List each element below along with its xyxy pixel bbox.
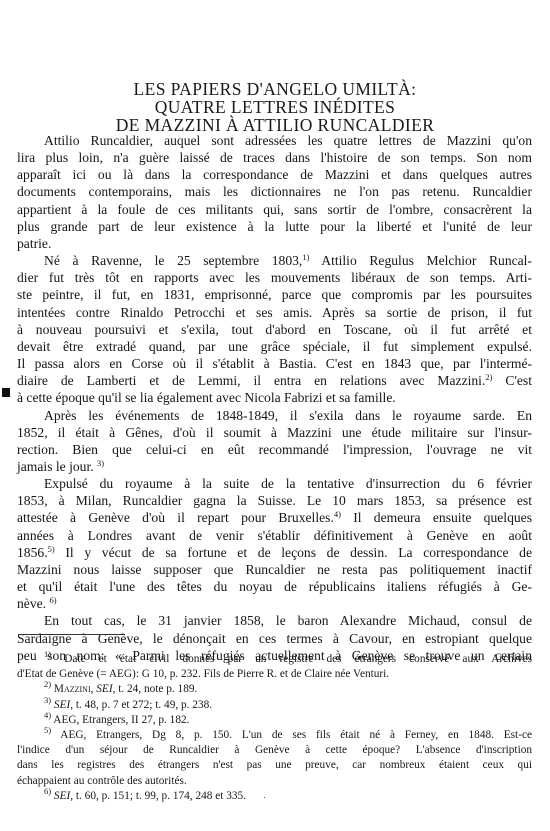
text-line: plus grande part de leur existence à la … [17,218,532,235]
text-line: intentées contre Rinaldo Petrocchi et se… [17,304,532,321]
work-title: SEI [54,790,70,802]
text-line: rection. Bien que celui-ci en eût recomm… [17,441,532,458]
text-line: Expulsé du royaume à la suite de la tent… [17,475,532,492]
title-line-2: QUATRE LETTRES INÉDITES [0,98,550,116]
article-body: Attilio Runcaldier, auquel sont adressée… [17,132,532,664]
text-line: à nouveau poursuivi et s'exila, tout d'a… [17,321,532,338]
footnote-2: 2) Mazzini, SEI, t. 24, note p. 189. [17,682,532,697]
text-line: Attilio Runcaldier, auquel sont adressée… [17,132,532,149]
text-run: nève. [17,596,46,611]
text-line: 1) Date et état civil donnés par un regi… [17,652,532,667]
text-line: ste peintre, il fut, en 1831, emprisonné… [17,286,532,303]
text-line: 3) SEI, t. 48, p. 7 et 272; t. 49, p. 23… [17,698,532,713]
footnote-number: 3) [44,695,51,705]
text-run: C'est [492,373,532,388]
footnote-separator [18,634,125,635]
author-name: Mazzini [54,683,91,695]
text-line: diaire de Lamberti et de Lemmi, il entra… [17,372,532,389]
footnote-ref-5[interactable]: 5) [48,544,55,554]
text-run: Date et état civil donnés par un registr… [51,653,532,665]
text-line: 5) AEG, Etrangers, Dg 8, p. 150. L'un de… [17,728,532,743]
text-line: dans les registres des étrangers n'est p… [17,758,532,773]
text-line: échappaient au contrôle des autorités. [17,774,532,789]
text-run: Il y vécut de sa fortune et de leçons de… [55,545,532,560]
footnote-ref-4[interactable]: 4) [334,509,341,519]
text-line: 1856.5) Il y vécut de sa fortune et de l… [17,544,532,561]
work-title: SEI [54,699,70,711]
footnote-number: 2) [44,679,51,689]
paragraph-1: Attilio Runcaldier, auquel sont adressée… [17,132,532,252]
text-line: d'Etat de Genève (= AEG): G 10, p. 232. … [17,667,532,682]
title-line-1: LES PAPIERS D'ANGELO UMILTÀ: [0,80,550,98]
text-line: appartient à la foule de ces militants q… [17,201,532,218]
text-run: , t. 24, note p. 189. [113,683,198,695]
paragraph-3: Après les événements de 1848-1849, il s'… [17,407,532,476]
text-line: 6) SEI, t. 60, p. 151; t. 99, p. 174, 24… [17,789,532,804]
footnote-1: 1) Date et état civil donnés par un regi… [17,652,532,682]
text-run: Il demeura ensuite quelques [341,510,532,525]
text-line: Après les événements de 1848-1849, il s'… [17,407,532,424]
text-line: Sardaigne à Genève, le dénonçait en ces … [17,630,532,647]
text-line: années à Londres avant de venir s'établi… [17,527,532,544]
text-line: 2) Mazzini, SEI, t. 24, note p. 189. [17,682,532,697]
text-run: diaire de Lamberti et de Lemmi, il entra… [17,373,485,388]
text-line: devait être extradé quand, par une grâce… [17,338,532,355]
text-line: 1852, il était à Gênes, d'où il soumit à… [17,424,532,441]
text-line: attestée à Genève d'où il repart pour Br… [17,509,532,526]
text-line: patrie. [17,235,532,252]
scan-speck [264,797,265,798]
text-run: 1856. [17,545,48,560]
text-line: Il passa alors en Corse où il s'établit … [17,355,532,372]
text-run: attestée à Genève d'où il repart pour Br… [17,510,334,525]
text-line: 4) AEG, Etrangers, II 27, p. 182. [17,713,532,728]
text-line: à cette époque qu'il se lia également av… [17,389,532,406]
text-line: En tout cas, le 31 janvier 1858, le baro… [17,612,532,629]
text-line: apparaît ici ou là dans la correspondanc… [17,166,532,183]
paragraph-2: Né à Ravenne, le 25 septembre 1803,1) At… [17,252,532,406]
text-line: 1853, à Milan, Runcaldier gagna la Suiss… [17,492,532,509]
text-line: lira plus loin, n'a guère laissé de trac… [17,149,532,166]
footnotes: 1) Date et état civil donnés par un regi… [17,652,532,804]
text-line: dier fut très tôt en rapports avec les m… [17,269,532,286]
footnote-4: 4) AEG, Etrangers, II 27, p. 182. [17,713,532,728]
footnote-3: 3) SEI, t. 48, p. 7 et 272; t. 49, p. 23… [17,698,532,713]
footnote-number: 6) [44,786,51,796]
text-line: Mazzini nous laisse supposer que Runcald… [17,561,532,578]
footnote-6: 6) SEI, t. 60, p. 151; t. 99, p. 174, 24… [17,789,532,804]
text-line: l'indice d'un séjour de Runcaldier à Gen… [17,743,532,758]
paragraph-4: Expulsé du royaume à la suite de la tent… [17,475,532,612]
text-run: Né à Ravenne, le 25 septembre 1803, [44,253,302,268]
text-run: , t. 48, p. 7 et 272; t. 49, p. 238. [70,699,212,711]
text-line: Né à Ravenne, le 25 septembre 1803,1) At… [17,252,532,269]
footnote-5: 5) AEG, Etrangers, Dg 8, p. 150. L'un de… [17,728,532,789]
text-run: Attilio Regulus Melchior Runcal- [309,253,532,268]
work-title: SEI [96,683,112,695]
text-run: AEG, Etrangers, Dg 8, p. 150. L'un de se… [51,729,532,741]
text-line: jamais le jour. 3) [17,458,532,475]
text-line: documents contemporains, mais les dictio… [17,183,532,200]
footnote-ref-6[interactable]: 6) [49,595,56,605]
text-line: nève. 6) [17,595,532,612]
text-run: , t. 60, p. 151; t. 99, p. 174, 248 et 3… [70,790,246,802]
margin-marker [2,388,10,397]
text-run: AEG, Etrangers, II 27, p. 182. [51,714,189,726]
footnote-ref-3[interactable]: 3) [97,458,104,468]
text-line: et qu'il était l'une des têtes du noyau … [17,578,532,595]
text-run: jamais le jour. [17,459,94,474]
